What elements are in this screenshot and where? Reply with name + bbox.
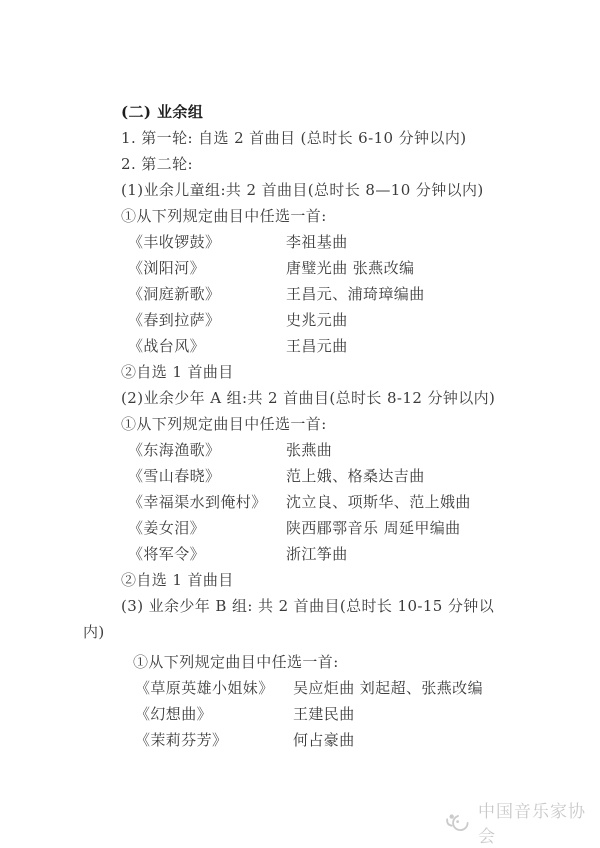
song-title: 《春到拉萨》 [128,307,286,333]
section-heading: (二) 业余组 [121,99,591,125]
song-row: 《春到拉萨》 史兆元曲 [128,307,591,333]
song-composer: 浙江筝曲 [286,541,348,567]
pick-rule: ①从下列规定曲目中任选一首: [121,203,591,229]
group-youth-a: (2)业余少年 A 组:共 2 首曲目(总时长 8-12 分钟以内) ①从下列规… [121,385,591,593]
song-row: 《洞庭新歌》 王昌元、浦琦璋编曲 [128,281,591,307]
pick-rule: ①从下列规定曲目中任选一首: [121,411,591,437]
song-row: 《丰收锣鼓》 李祖基曲 [128,229,591,255]
song-title: 《姜女泪》 [128,515,286,541]
song-composer: 陕西郿鄠音乐 周延甲编曲 [286,515,461,541]
song-composer: 史兆元曲 [286,307,348,333]
song-row: 《草原英雄小姐妹》 吴应炬曲 刘起超、张燕改编 [135,675,591,701]
group-title: (1)业余儿童组:共 2 首曲目(总时长 8—10 分钟以内) [121,177,591,203]
song-row: 《姜女泪》 陕西郿鄠音乐 周延甲编曲 [128,515,591,541]
song-composer: 张燕曲 [286,437,332,463]
song-row: 《浏阳河》 唐璧光曲 张燕改编 [128,255,591,281]
song-title: 《雪山春晓》 [128,463,286,489]
song-composer: 吴应炬曲 刘起超、张燕改编 [293,675,483,701]
round1-line: 1. 第一轮: 自选 2 首曲目 (总时长 6-10 分钟以内) [121,125,591,151]
song-composer: 李祖基曲 [286,229,348,255]
song-title: 《草原英雄小姐妹》 [135,675,293,701]
song-title: 《浏阳河》 [128,255,286,281]
brand-name: 中国音乐家协会 [478,797,600,847]
song-row: 《将军令》 浙江筝曲 [128,541,591,567]
song-title: 《茉莉芬芳》 [135,727,293,753]
group-children: (1)业余儿童组:共 2 首曲目(总时长 8—10 分钟以内) ①从下列规定曲目… [121,177,591,385]
song-row: 《雪山春晓》 范上娥、格桑达吉曲 [128,463,591,489]
song-composer: 王昌元曲 [286,333,348,359]
song-row: 《战台风》 王昌元曲 [128,333,591,359]
song-title: 《丰收锣鼓》 [128,229,286,255]
song-composer: 王建民曲 [293,701,355,727]
song-composer: 何占豪曲 [293,727,355,753]
footer-watermark: 中国音乐家协会 [444,806,600,838]
free-pick-line: ②自选 1 首曲目 [121,567,591,593]
group-youth-b: (3) 业余少年 B 组: 共 2 首曲目(总时长 10-15 分钟以内) ①从… [121,593,591,753]
song-row: 《东海渔歌》 张燕曲 [128,437,591,463]
cma-logo-icon [444,809,473,836]
song-title: 《幸福渠水到俺村》 [128,489,286,515]
song-composer: 范上娥、格桑达吉曲 [286,463,425,489]
song-title: 《将军令》 [128,541,286,567]
song-title: 《东海渔歌》 [128,437,286,463]
song-title: 《幻想曲》 [135,701,293,727]
group-title: (3) 业余少年 B 组: 共 2 首曲目(总时长 10-15 分钟以内) [83,593,495,645]
pick-rule: ①从下列规定曲目中任选一首: [133,649,591,675]
song-row: 《茉莉芬芳》 何占豪曲 [135,727,591,753]
free-pick-line: ②自选 1 首曲目 [121,359,591,385]
song-title: 《战台风》 [128,333,286,359]
group-title: (2)业余少年 A 组:共 2 首曲目(总时长 8-12 分钟以内) [121,385,591,411]
song-row: 《幻想曲》 王建民曲 [135,701,591,727]
song-composer: 唐璧光曲 张燕改编 [286,255,414,281]
song-row: 《幸福渠水到俺村》 沈立良、项斯华、范上娥曲 [128,489,591,515]
document-page: (二) 业余组 1. 第一轮: 自选 2 首曲目 (总时长 6-10 分钟以内)… [121,99,591,753]
song-title: 《洞庭新歌》 [128,281,286,307]
song-composer: 王昌元、浦琦璋编曲 [286,281,425,307]
song-composer: 沈立良、项斯华、范上娥曲 [286,489,471,515]
round2-line: 2. 第二轮: [121,151,591,177]
